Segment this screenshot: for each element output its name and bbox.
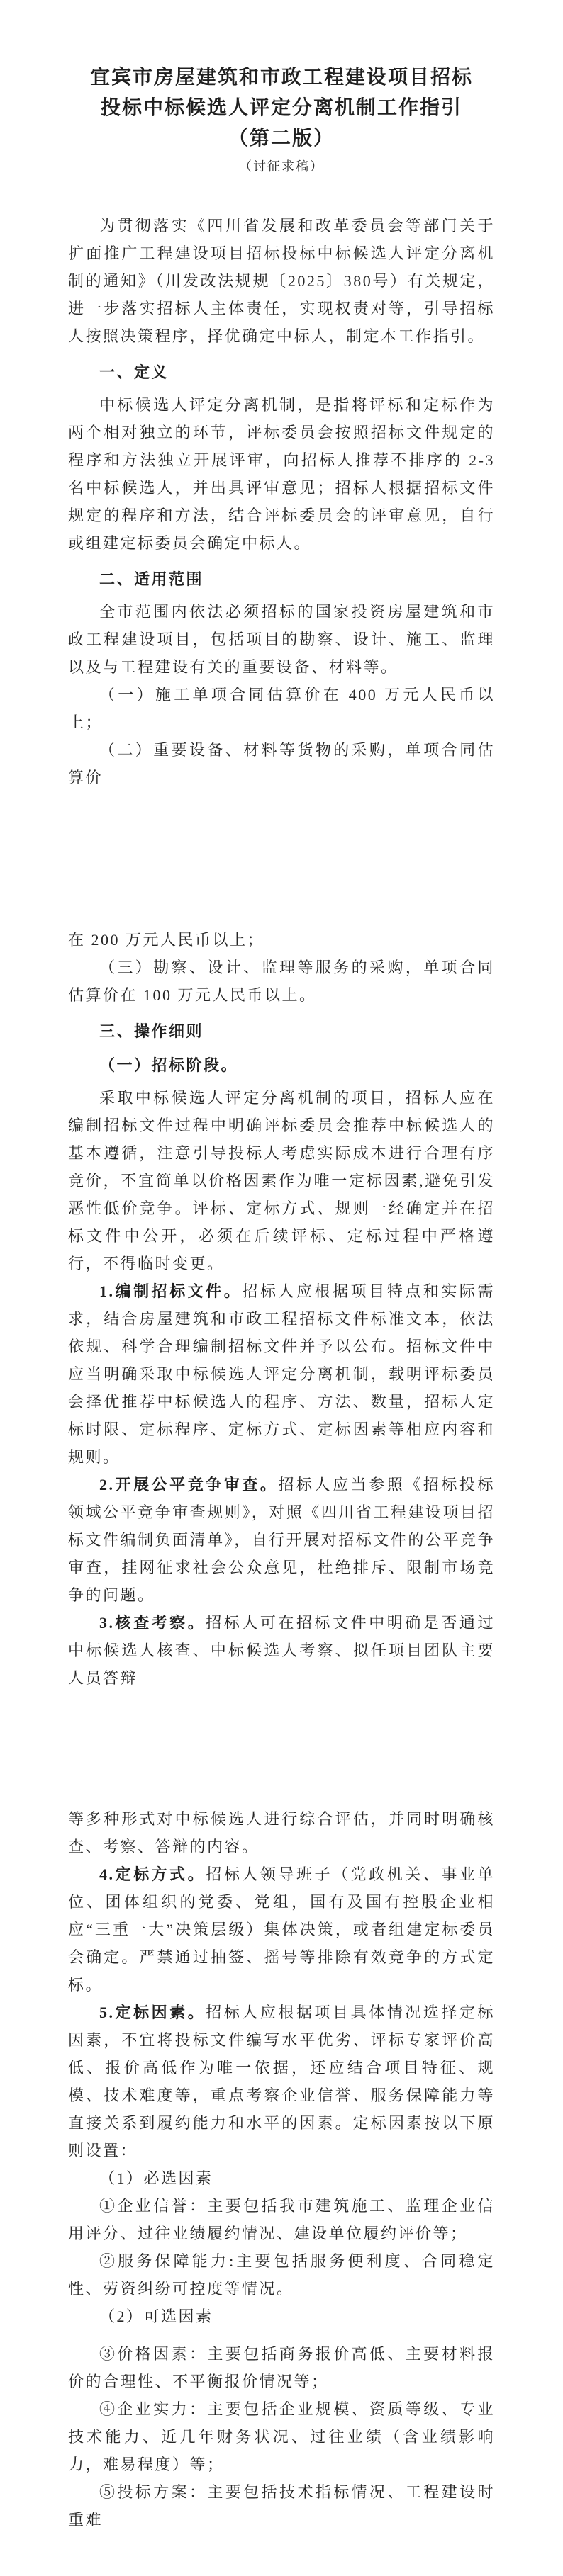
- paragraph-lead: 2.开展公平竞争审查。: [99, 1476, 278, 1493]
- scope-item-3: （三）勘察、设计、监理等服务的采购，单项合同估算价在 100 万元人民币以上。: [68, 954, 495, 1009]
- scope-item-2-part2: 在 200 万元人民币以上；: [68, 926, 495, 954]
- section-heading-scope: 二、适用范围: [68, 565, 495, 594]
- paragraph-text: 招标人应当参照《招标投标领域公平竞争审查规则》，对照《四川省工程建设项目招标文件…: [68, 1476, 495, 1604]
- rule-1-paragraph: 1.编制招标文件。招标人应根据项目特点和实际需求，结合房屋建筑和市政工程招标文件…: [68, 1277, 495, 1471]
- scope-item-2-part1: （二）重要设备、材料等货物的采购，单项合同估算价: [68, 736, 495, 791]
- paragraph-text: 招标人应根据项目特点和实际需求，结合房屋建筑和市政工程招标文件标准文本，依法依规…: [68, 1282, 495, 1466]
- scope-item-1: （一）施工单项合同估算价在 400 万元人民币以上；: [68, 681, 495, 736]
- section-heading-definition: 一、定义: [68, 358, 495, 387]
- subsection-heading-tender-stage: （一）招标阶段。: [68, 1051, 495, 1080]
- rule-5-paragraph: 5.定标因素。招标人应根据项目具体情况选择定标因素，不宜将投标文件编写水平优劣、…: [68, 1999, 495, 2164]
- intro-paragraph: 为贯彻落实《四川省发展和改革委员会等部门关于扩面推广工程建设项目招标投标中标候选…: [68, 212, 495, 350]
- factor-item-2: ②服务保障能力:主要包括服务便利度、合同稳定性、劳资纠纷可控度等情况。: [68, 2247, 495, 2303]
- paragraph-text: 招标人应根据项目具体情况选择定标因素，不宜将投标文件编写水平优劣、评标专家评价高…: [68, 2004, 495, 2159]
- draft-note: （讨征求稿）: [68, 157, 495, 176]
- page-break-gap-1: [68, 791, 495, 926]
- scope-paragraph: 全市范围内依法必须招标的国家投资房屋建筑和市政工程建设项目，包括项目的勘察、设计…: [68, 598, 495, 681]
- tender-stage-paragraph: 采取中标候选人评定分离机制的项目，招标人应在编制招标文件过程中明确评标委员会推荐…: [68, 1084, 495, 1277]
- factor-item-1: ①企业信誉：主要包括我市建筑施工、监理企业信用评分、过往业绩履约情况、建设单位履…: [68, 2192, 495, 2247]
- title-line-1: 宜宾市房屋建筑和市政工程建设项目招标: [68, 62, 495, 93]
- document-body: 为贯彻落实《四川省发展和改革委员会等部门关于扩面推广工程建设项目招标投标中标候选…: [68, 212, 495, 2533]
- factor-item-4: ④企业实力：主要包括企业规模、资质等级、专业技术能力、近几年财务状况、过往业绩（…: [68, 2395, 495, 2478]
- section-heading-rules: 三、操作细则: [68, 1017, 495, 1046]
- factor-item-3: ③价格因素：主要包括商务报价高低、主要材料报价的合理性、不平衡报价情况等；: [68, 2340, 495, 2395]
- rule-4-paragraph: 4.定标方式。招标人领导班子（党政机关、事业单位、团体组织的党委、党组，国有及国…: [68, 1860, 495, 1999]
- paragraph-lead: 5.定标因素。: [99, 2004, 206, 2021]
- rule-3-paragraph-part2: 等多种形式对中标候选人进行综合评估，并同时明确核查、考察、答辩的内容。: [68, 1805, 495, 1860]
- title-line-3: （第二版）: [68, 123, 495, 154]
- rule-3-paragraph-part1: 3.核查考察。招标人可在招标文件中明确是否通过中标候选人核查、中标候选人考察、拟…: [68, 1609, 495, 1692]
- paragraph-lead: 3.核查考察。: [99, 1614, 206, 1632]
- document-title: 宜宾市房屋建筑和市政工程建设项目招标 投标中标候选人评定分离机制工作指引 （第二…: [68, 62, 495, 154]
- factor-group-optional: （2）可选因素: [68, 2303, 495, 2330]
- page-break-gap-2: [68, 1692, 495, 1805]
- definition-paragraph: 中标候选人评定分离机制，是指将评标和定标作为两个相对独立的环节，评标委员会按照招…: [68, 391, 495, 557]
- paragraph-lead: 4.定标方式。: [99, 1865, 206, 1883]
- title-line-2: 投标中标候选人评定分离机制工作指引: [68, 93, 495, 123]
- factor-item-5: ⑤投标方案：主要包括技术指标情况、工程建设时重难: [68, 2478, 495, 2533]
- document-page: 宜宾市房屋建筑和市政工程建设项目招标 投标中标候选人评定分离机制工作指引 （第二…: [0, 0, 563, 2576]
- paragraph-lead: 1.编制招标文件。: [99, 1282, 242, 1300]
- factor-group-required: （1）必选因素: [68, 2164, 495, 2192]
- rule-2-paragraph: 2.开展公平竞争审查。招标人应当参照《招标投标领域公平竞争审查规则》，对照《四川…: [68, 1471, 495, 1609]
- paragraph-text: 招标人领导班子（党政机关、事业单位、团体组织的党委、党组，国有及国有控股企业相应…: [68, 1865, 495, 1994]
